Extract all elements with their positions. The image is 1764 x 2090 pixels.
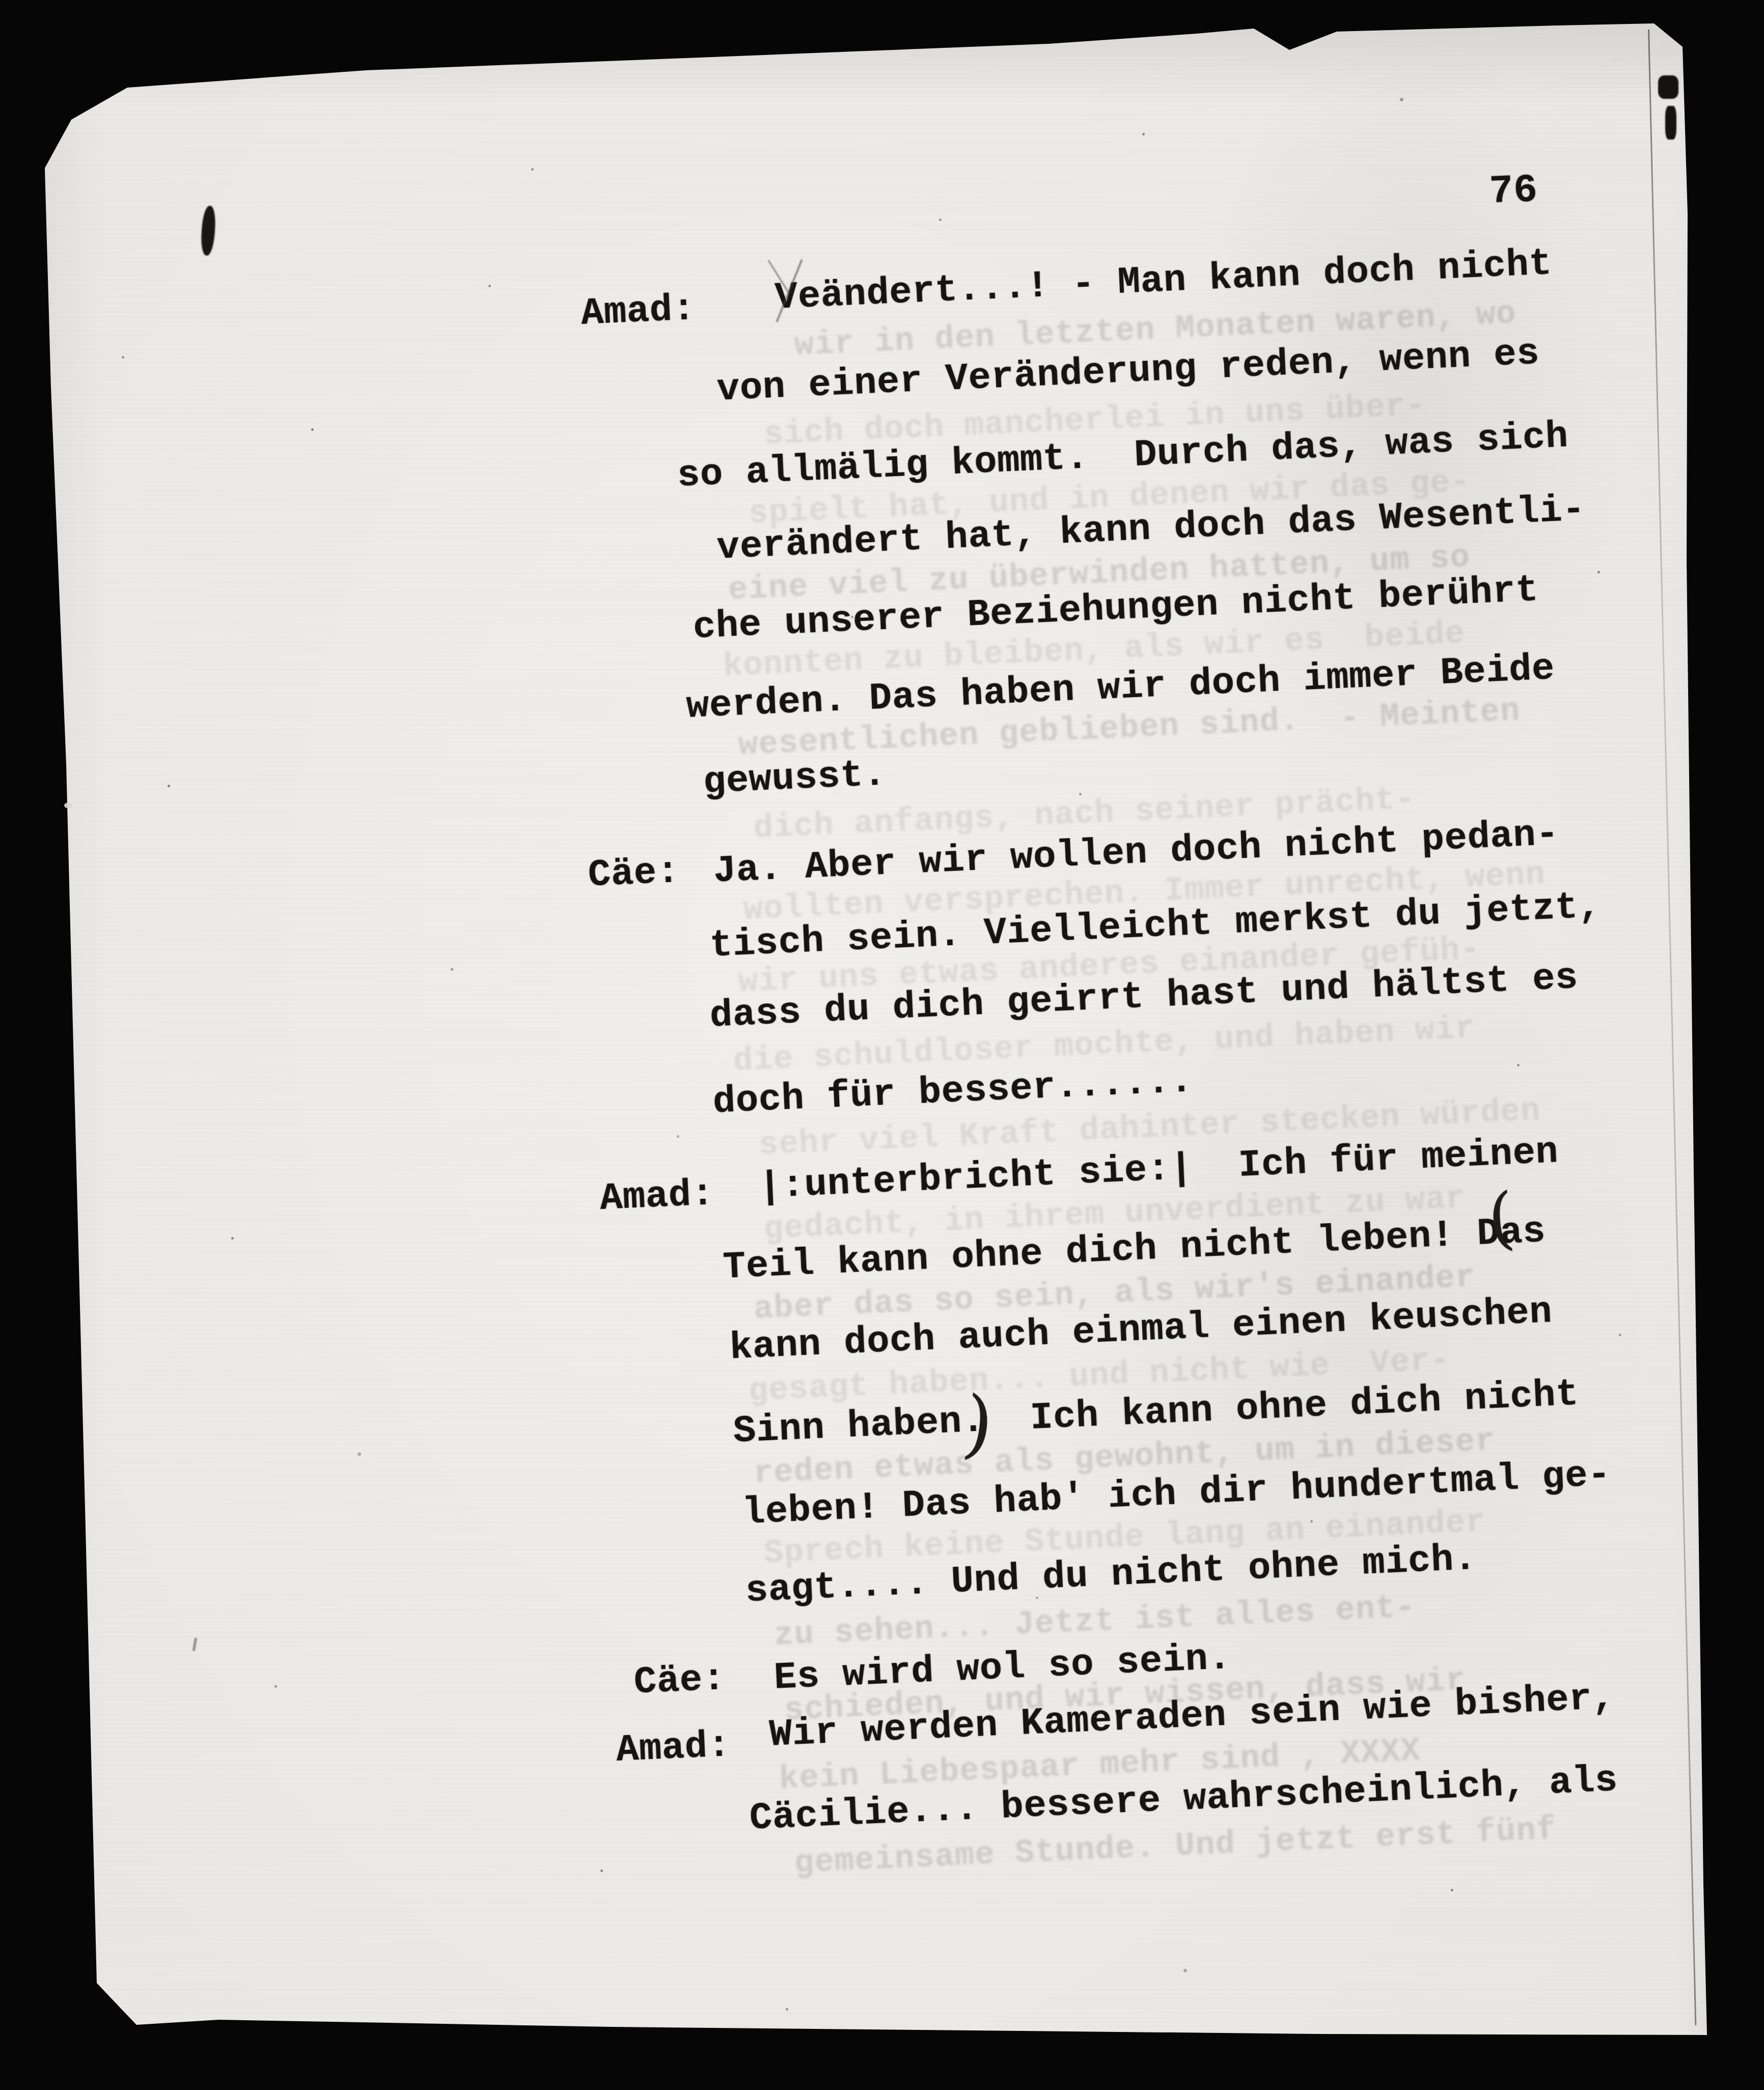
page-number: 76 bbox=[1489, 167, 1539, 216]
page-crease-line bbox=[1648, 30, 1696, 2025]
paper-speckles bbox=[0, 0, 2, 2]
ink-blot-mark bbox=[200, 205, 217, 256]
typescript-line: gewusst. bbox=[702, 751, 887, 806]
speaker-label: Amad: bbox=[599, 1171, 715, 1223]
speaker-label: Cäe: bbox=[587, 848, 681, 899]
speaker-label: Amad: bbox=[615, 1722, 731, 1774]
scanner-dust-speck bbox=[64, 803, 72, 808]
pen-stroke-mark bbox=[192, 1638, 197, 1651]
speaker-label: Amad: bbox=[580, 286, 696, 338]
edge-ink-mark bbox=[1658, 75, 1678, 99]
scan-canvas: wir in den letzten Monaten waren, wo sic… bbox=[0, 0, 1764, 2090]
edge-ink-mark bbox=[1665, 106, 1676, 140]
speaker-label: Cäe: bbox=[633, 1656, 727, 1707]
typescript-page: wir in den letzten Monaten waren, wo sic… bbox=[0, 0, 1764, 2090]
